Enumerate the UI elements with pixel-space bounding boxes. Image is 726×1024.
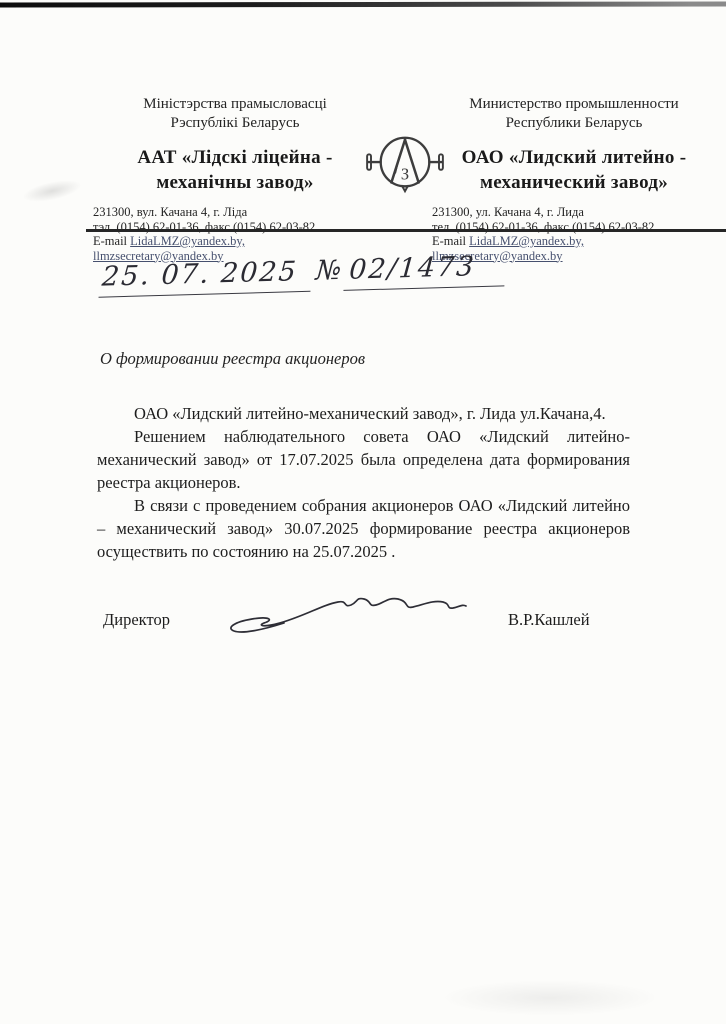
handwritten-date: 25. 07. 2025 xyxy=(98,256,312,298)
letterhead-belarusian: Міністэрства прамысловасці Рэспублікі Бе… xyxy=(93,95,377,263)
scan-edge-artifact xyxy=(0,1,726,7)
postal-address: 231300, ул. Качана 4, г. Лида xyxy=(432,205,716,220)
ministry-name-by: Міністэрства прамысловасці Рэспублікі Бе… xyxy=(93,95,377,133)
body-paragraph: ОАО «Лидский литейно-механический завод»… xyxy=(97,402,630,425)
company-line1: ААТ «Лідскі ліцейна - xyxy=(93,145,377,170)
logo-letter: З xyxy=(401,165,409,184)
signer-name: В.Р.Кашлей xyxy=(508,610,590,630)
postal-address: 231300, вул. Качана 4, г. Ліда xyxy=(93,205,377,220)
email-label: E-mail xyxy=(432,234,466,248)
body-paragraph: Решением наблюдательного совета ОАО «Лид… xyxy=(97,425,630,494)
letterhead-divider-rule xyxy=(86,229,726,232)
ministry-line2: Республики Беларусь xyxy=(432,114,716,133)
number-sign: № xyxy=(311,255,347,287)
scan-smudge xyxy=(440,980,660,1016)
company-line2: механический завод» xyxy=(432,170,716,195)
handwritten-number: 02/1473 xyxy=(344,250,507,291)
company-line1: ОАО «Лидский литейно - xyxy=(432,145,716,170)
letter-body: ОАО «Лидский литейно-механический завод»… xyxy=(97,402,630,563)
signature-stroke xyxy=(222,590,474,640)
letter-subject: О формировании реестра акционеров xyxy=(100,349,365,369)
handwritten-signature xyxy=(222,590,474,640)
signer-title: Директор xyxy=(103,610,170,630)
company-name-by: ААТ «Лідскі ліцейна - механічны завод» xyxy=(93,145,377,195)
email-label: E-mail xyxy=(93,234,127,248)
body-paragraph: В связи с проведением собрания акционеро… xyxy=(97,494,630,563)
ministry-line2: Рэспублікі Беларусь xyxy=(93,114,377,133)
company-name-ru: ОАО «Лидский литейно - механический заво… xyxy=(432,145,716,195)
scan-smudge xyxy=(21,176,83,206)
company-line2: механічны завод» xyxy=(93,170,377,195)
ministry-line1: Міністэрства прамысловасці xyxy=(93,95,377,114)
letterhead-russian: Министерство промышленности Республики Б… xyxy=(432,95,716,263)
ministry-line1: Министерство промышленности xyxy=(432,95,716,114)
scanned-letter-page: Міністэрства прамысловасці Рэспублікі Бе… xyxy=(0,0,726,1024)
ministry-name-ru: Министерство промышленности Республики Б… xyxy=(432,95,716,133)
